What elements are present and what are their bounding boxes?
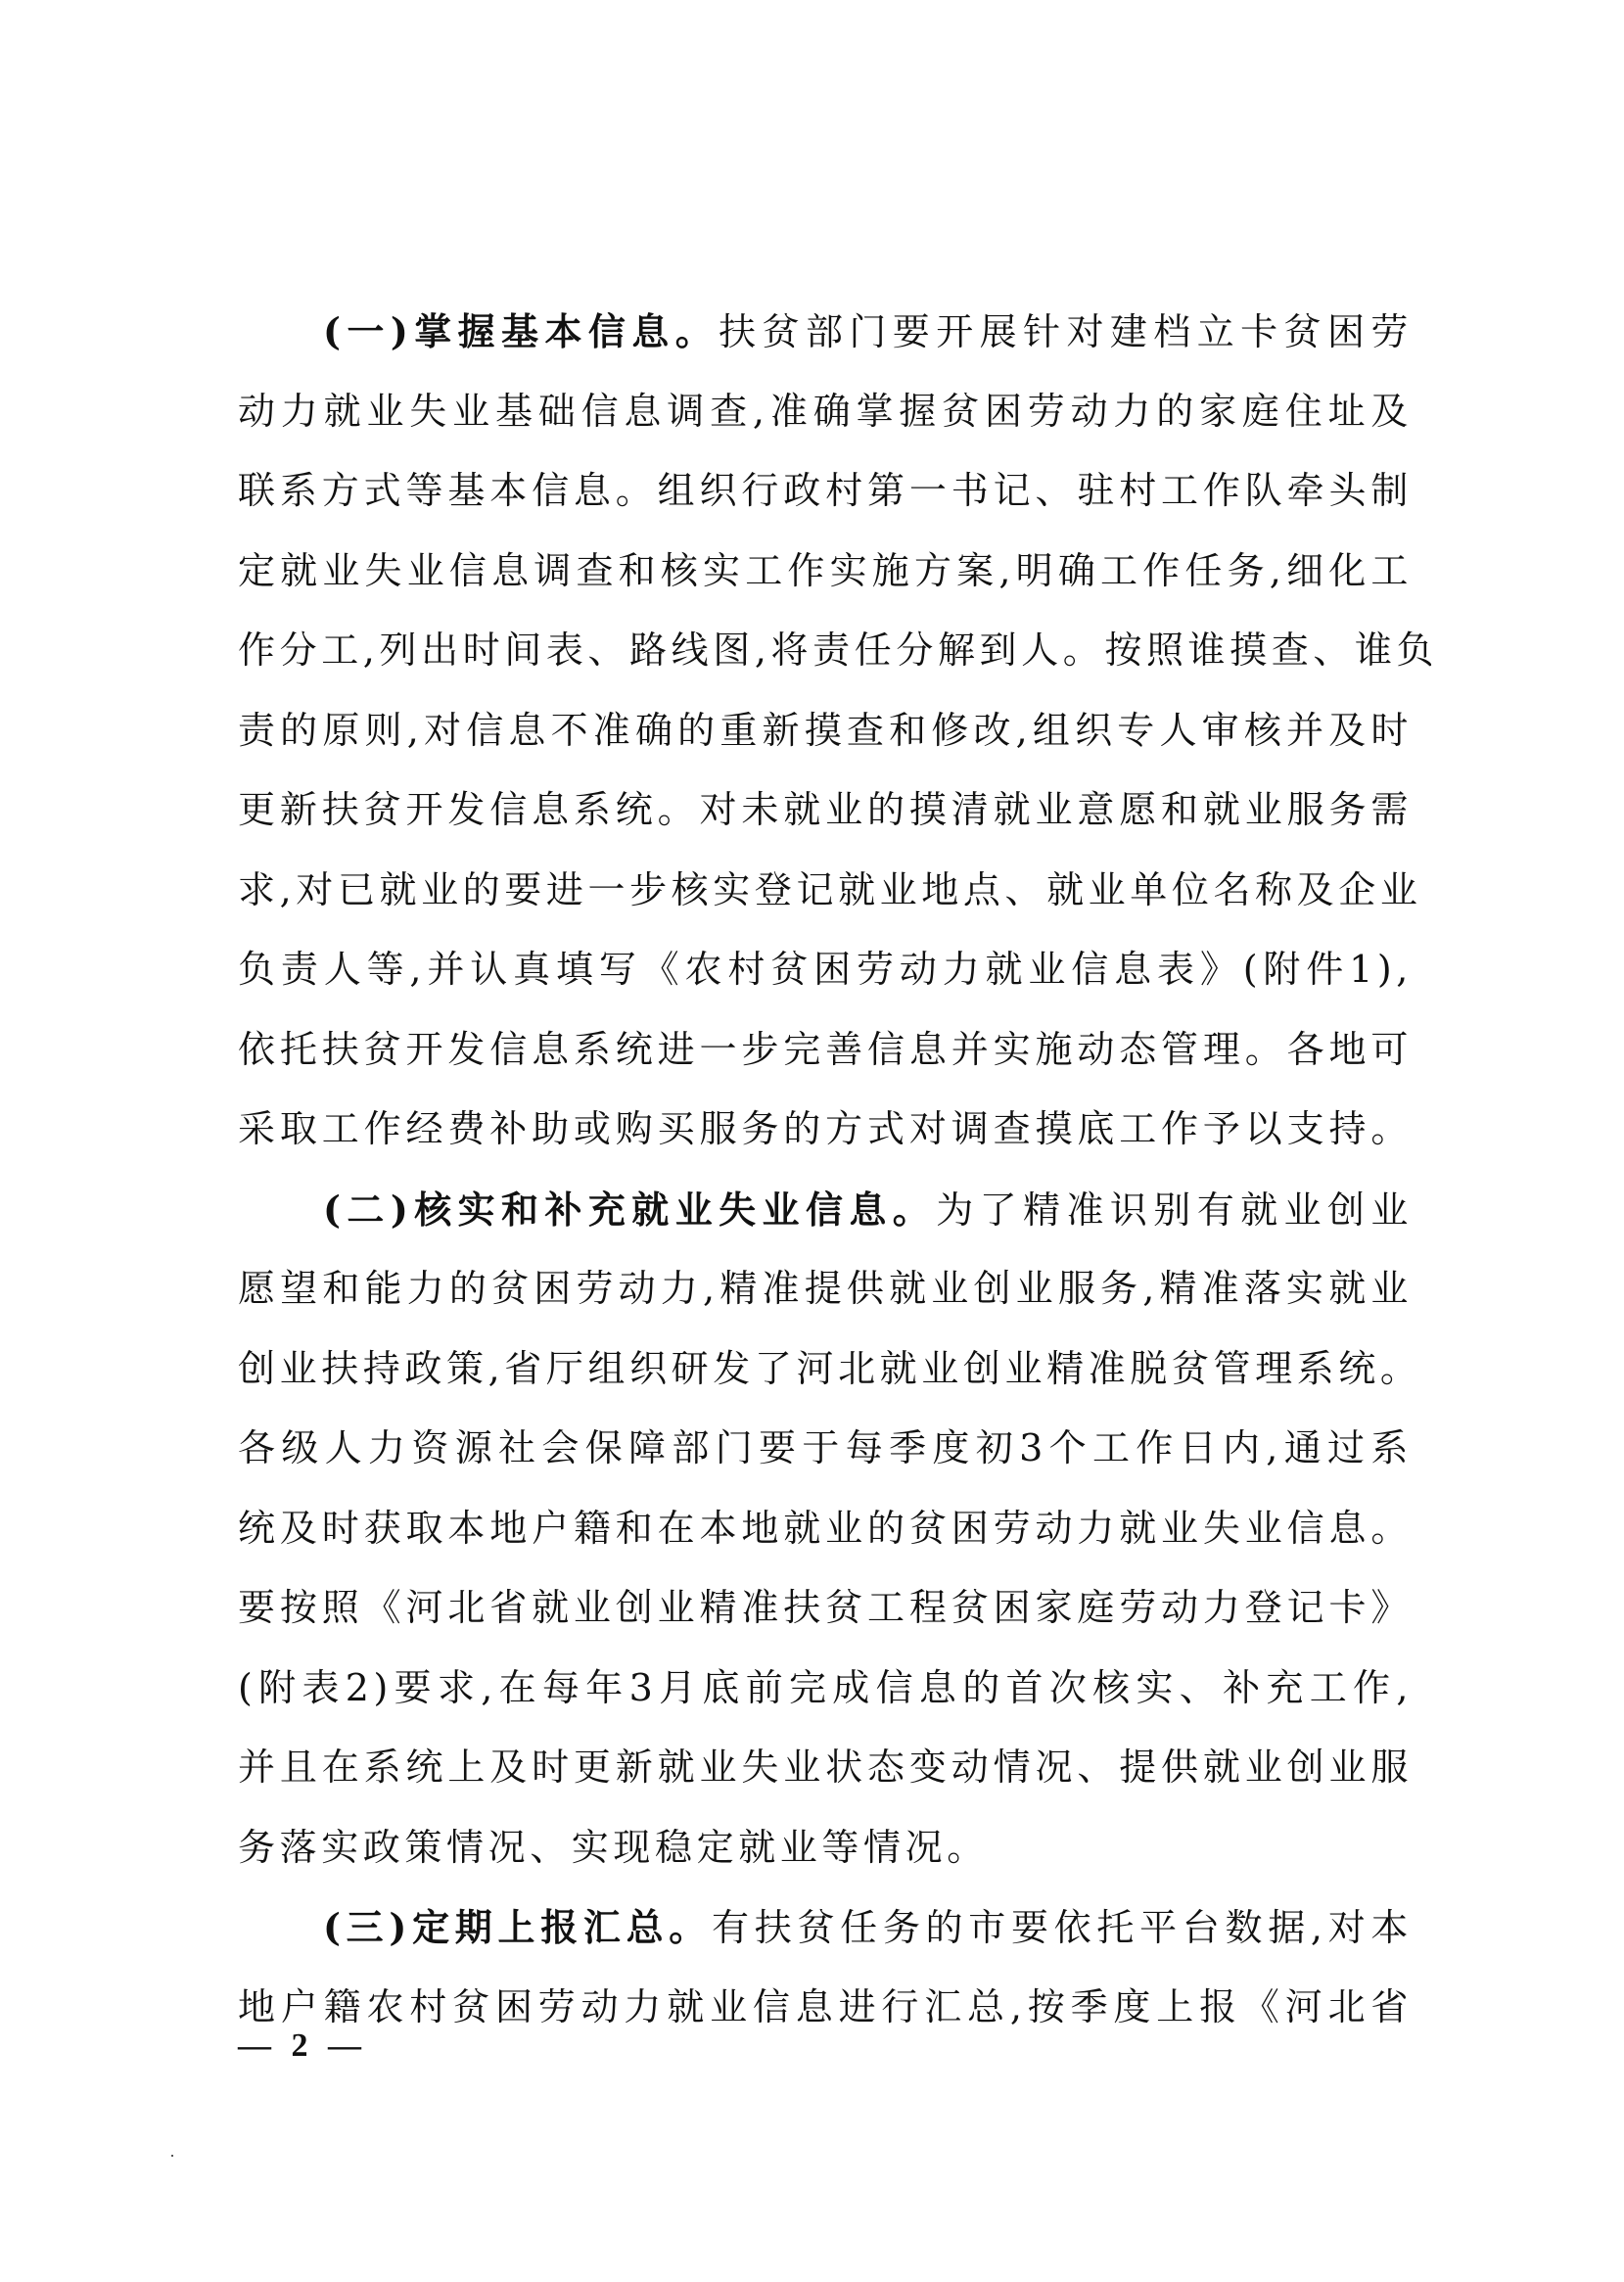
scan-speck [171,2155,173,2157]
paragraph-1-line: 联系方式等基本信息。组织行政村第一书记、驻村工作队牵头制 [238,451,1413,532]
paragraph-1-line: 定就业失业信息调查和核实工作实施方案,明确工作任务,细化工 [238,532,1413,612]
paragraph-1-line: 责的原则,对信息不准确的重新摸查和修改,组织专人审核并及时 [238,691,1413,771]
paragraph-1-line: 采取工作经费补助或购买服务的方式对调查摸底工作予以支持。 [238,1090,1413,1170]
paragraph-2-line: 愿望和能力的贫困劳动力,精准提供就业创业服务,精准落实就业 [238,1249,1413,1329]
paragraph-1-line: 更新扶贫开发信息系统。对未就业的摸清就业意愿和就业服务需 [238,770,1413,851]
paragraph-2-line: 创业扶持政策,省厅组织研发了河北就业创业精准脱贫管理系统。 [238,1329,1413,1410]
paragraph-1-line-1: (一)掌握基本信息。扶贫部门要开展针对建档立卡贫困劳 [238,292,1413,372]
paragraph-2-line: 统及时获取本地户籍和在本地就业的贫困劳动力就业失业信息。 [238,1489,1413,1569]
paragraph-3-line: 地户籍农村贫困劳动力就业信息进行汇总,按季度上报《河北省 [238,1968,1413,2048]
section-heading-1: (一)掌握基本信息。 [323,309,719,353]
line-text: 为了精准识别有就业创业 [936,1188,1413,1232]
paragraph-1-line: 依托扶贫开发信息系统进一步完善信息并实施动态管理。各地可 [238,1010,1413,1091]
paragraph-1-line: 动力就业失业基础信息调查,准确掌握贫困劳动力的家庭住址及 [238,372,1413,452]
paragraph-2-line: 务落实政策情况、实现稳定就业等情况。 [238,1808,1413,1888]
paragraph-1-line: 作分工,列出时间表、路线图,将责任分解到人。按照谁摸查、谁负 [238,611,1413,691]
paragraph-2-line: 并且在系统上及时更新就业失业状态变动情况、提供就业创业服 [238,1728,1413,1808]
section-heading-3: (三)定期上报汇总。 [323,1905,712,1949]
page-number: — 2 — [238,2025,367,2068]
paragraph-2-line: 各级人力资源社会保障部门要于每季度初3个工作日内,通过系 [238,1409,1413,1489]
line-text: 扶贫部门要开展针对建档立卡贫困劳 [719,310,1413,353]
section-heading-2: (二)核实和补充就业失业信息。 [323,1188,936,1232]
document-page: (一)掌握基本信息。扶贫部门要开展针对建档立卡贫困劳 动力就业失业基础信息调查,… [0,0,1624,2282]
body-text: (一)掌握基本信息。扶贫部门要开展针对建档立卡贫困劳 动力就业失业基础信息调查,… [238,292,1413,2047]
paragraph-2-line: (附表2)要求,在每年3月底前完成信息的首次核实、补充工作, [238,1649,1413,1729]
line-text: 有扶贫任务的市要依托平台数据,对本 [712,1906,1413,1949]
paragraph-3-line-1: (三)定期上报汇总。有扶贫任务的市要依托平台数据,对本 [238,1887,1413,1968]
paragraph-1-line: 求,对已就业的要进一步核实登记就业地点、就业单位名称及企业 [238,851,1413,931]
paragraph-1-line: 负责人等,并认真填写《农村贫困劳动力就业信息表》(附件1), [238,930,1413,1010]
paragraph-2-line-1: (二)核实和补充就业失业信息。为了精准识别有就业创业 [238,1170,1413,1250]
paragraph-2-line: 要按照《河北省就业创业精准扶贫工程贫困家庭劳动力登记卡》 [238,1568,1413,1649]
